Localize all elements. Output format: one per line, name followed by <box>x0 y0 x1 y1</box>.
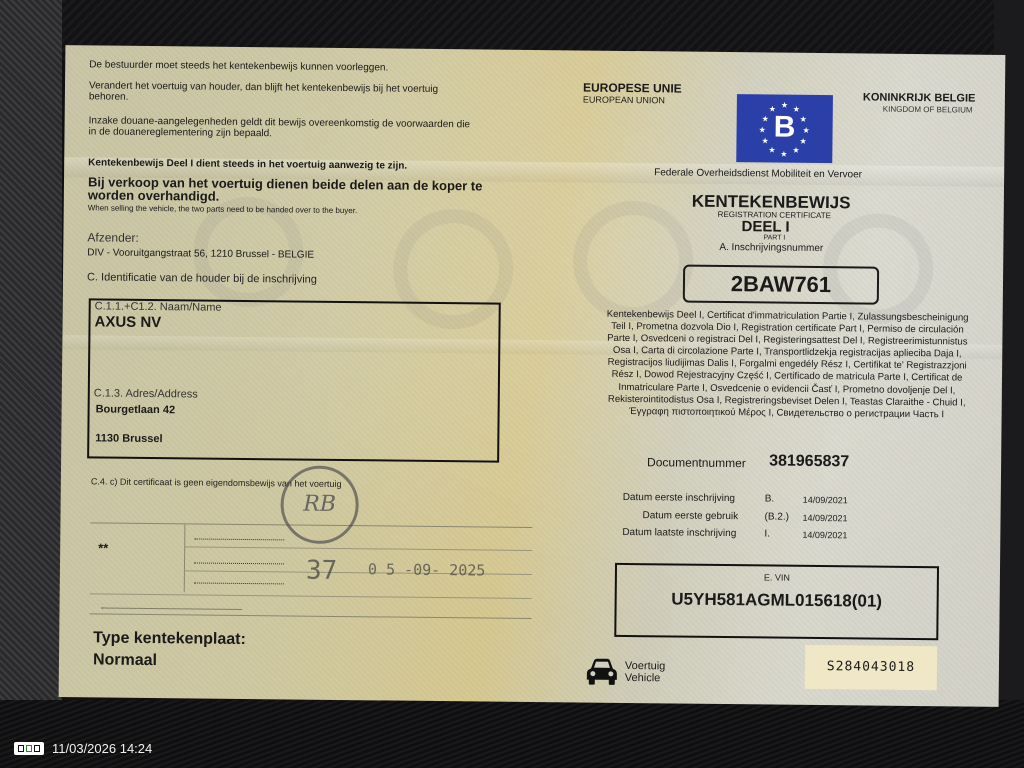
date-value: 14/09/2021 <box>802 513 847 523</box>
vin-box: E. VIN U5YH581AGML015618(01) <box>614 563 939 640</box>
authority-name: Federale Overheidsdienst Mobiliteit en V… <box>654 167 862 180</box>
note-line: behoren. <box>89 91 129 102</box>
vin-value: U5YH581AGML015618(01) <box>617 589 937 612</box>
registration-number: 2BAW761 <box>685 267 877 303</box>
registration-label: A. Inschrijvingsnummer <box>719 242 823 254</box>
sale-notice-en: When selling the vehicle, the two parts … <box>88 203 358 215</box>
date-label: Datum eerste inschrijving <box>623 492 735 504</box>
note-line: in de douanereglementering zijn bepaald. <box>88 126 272 139</box>
registration-certificate: De bestuurder moet steeds het kentekenbe… <box>59 45 1006 707</box>
official-seal-stamp: RB <box>280 465 359 544</box>
date-value: 14/09/2021 <box>802 530 847 540</box>
timestamp: 11/03/2026 14:24 <box>52 741 152 756</box>
note-line: De bestuurder moet steeds het kentekenbe… <box>89 59 388 73</box>
multilingual-title-list: Kentekenbewijs Deel I, Certificat d'imma… <box>602 309 973 422</box>
date-value: 14/09/2021 <box>803 495 848 505</box>
camera-timestamp-overlay: 11/03/2026 14:24 <box>14 740 152 756</box>
date-label: Datum laatste inschrijving <box>622 527 736 539</box>
vin-label: E. VIN <box>617 571 937 584</box>
stamp-number: 37 <box>306 556 338 586</box>
note-line: Verandert het voertuig van houder, dan b… <box>89 80 438 95</box>
eu-label-en: EUROPEAN UNION <box>583 95 665 106</box>
plate-type-value: Normaal <box>93 651 157 670</box>
holder-section-title: C. Identificatie van de houder bij de in… <box>87 271 317 285</box>
sender-label: Afzender: <box>87 230 139 245</box>
document-part: DEEL I <box>741 218 789 236</box>
eu-label: EUROPESE UNIE <box>583 81 682 96</box>
holder-address-line1: Bourgetlaan 42 <box>96 403 176 416</box>
document-number: 381965837 <box>769 452 849 471</box>
serial-number-box: S284043018 <box>805 645 937 690</box>
country-code: B <box>736 112 832 143</box>
background-surface-left <box>0 0 62 768</box>
holder-address-line2: 1130 Brussel <box>95 432 162 445</box>
vehicle-label: Voertuig <box>625 660 665 672</box>
document-part-en: PART I <box>763 234 785 241</box>
date-code: I. <box>764 528 770 539</box>
signature-marker: ** <box>98 540 108 555</box>
kingdom-label-en: KINGDOM OF BELGIUM <box>883 105 973 115</box>
holder-name: AXUS NV <box>94 313 161 331</box>
plate-type-label: Type kentekenplaat: <box>93 629 246 649</box>
ced-logo-icon <box>14 742 44 755</box>
sender-value: DIV - Vooruitgangstraat 56, 1210 Brussel… <box>87 247 314 260</box>
registration-number-box: 2BAW761 <box>683 265 879 305</box>
serial-number: S284043018 <box>805 645 937 690</box>
holder-box: C.1.1.+C1.2. Naam/Name AXUS NV C.1.3. Ad… <box>87 298 501 462</box>
car-icon <box>585 658 619 686</box>
stamp-date: 0 5 -09- 2025 <box>368 560 486 579</box>
sale-notice: worden overhandigd. <box>88 187 220 203</box>
kingdom-label: KONINKRIJK BELGIE <box>863 91 976 104</box>
date-label: Datum eerste gebruik <box>642 510 738 522</box>
watermark-wheel <box>573 200 694 321</box>
holder-name-label: C.1.1.+C1.2. Naam/Name <box>95 300 222 313</box>
date-code: B. <box>765 493 775 504</box>
eu-flag-icon: ★ ★ ★ ★ ★ ★ ★ ★ ★ ★ ★ ★ B <box>736 94 833 163</box>
document-number-label: Documentnummer <box>647 455 746 470</box>
date-code: (B.2.) <box>764 511 789 522</box>
vehicle-label-en: Vehicle <box>625 672 661 684</box>
holder-address-label: C.1.3. Adres/Address <box>94 387 198 400</box>
background-surface-bottom <box>0 700 1024 768</box>
